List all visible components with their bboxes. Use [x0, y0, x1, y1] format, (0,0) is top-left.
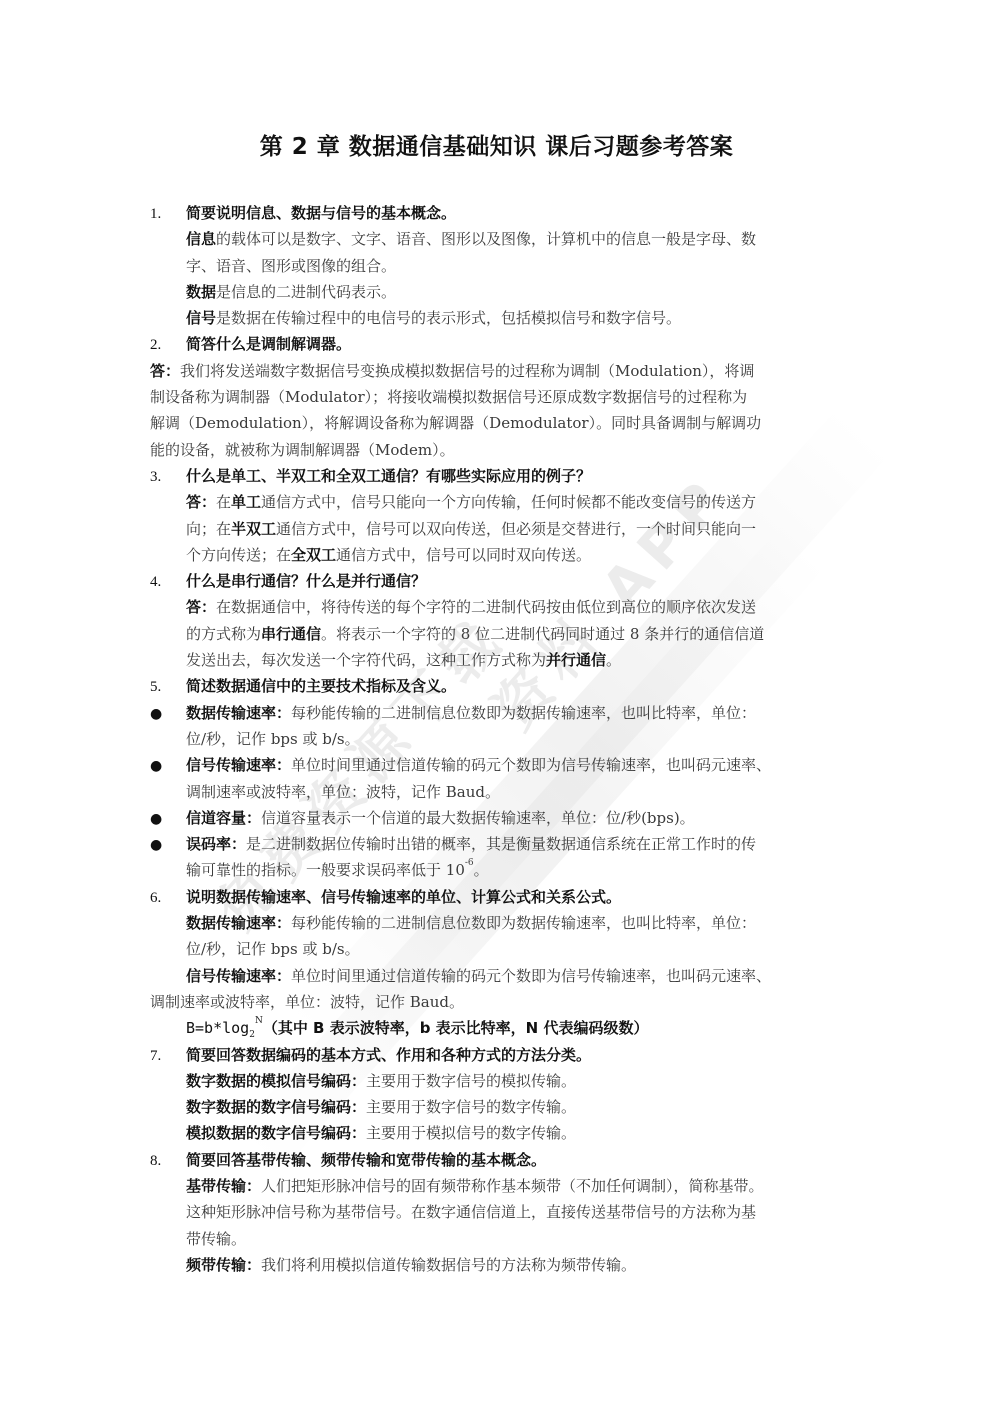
- answer-line: 信号传输速率：单位时间里通过信道传输的码元个数即为信号传输速率，也叫码元速率、: [150, 963, 844, 989]
- answer-line: 的方式称为串行通信。将表示一个字符的 8 位二进制代码同时通过 8 条并行的通信…: [150, 621, 844, 647]
- answer-line: 信号是数据在传输过程中的电信号的表示形式，包括模拟信号和数字信号。: [150, 305, 844, 331]
- question-2: 2.简答什么是调制解调器。: [150, 331, 844, 357]
- answer-line: 数据是信息的二进制代码表示。: [150, 279, 844, 305]
- bullet-continuation: 输可靠性的指标。一般要求误码率低于 10-6。: [150, 857, 844, 883]
- formula: B=b*log2N（其中 B 表示波特率，b 表示比特率，N 代表编码级数）: [150, 1015, 844, 1041]
- document-body: 1.简要说明信息、数据与信号的基本概念。 信息的载体可以是数字、文字、语音、图形…: [150, 200, 844, 1278]
- question-3: 3.什么是单工、半双工和全双工通信？有哪些实际应用的例子？: [150, 463, 844, 489]
- bullet-item: ●误码率：是二进制数据位传输时出错的概率，其是衡量数据通信系统在正常工作时的传: [150, 831, 844, 857]
- answer-line: 能的设备，就被称为调制解调器（Modem）。: [150, 437, 844, 463]
- answer-line: 这种矩形脉冲信号称为基带信号。在数字通信信道上，直接传送基带信号的方法称为基: [150, 1199, 844, 1225]
- answer-line: 答：我们将发送端数字数据信号变换成模拟数据信号的过程称为调制（Modulatio…: [150, 358, 844, 384]
- answer-line: 答：在单工通信方式中，信号只能向一个方向传输，任何时候都不能改变信号的传送方: [150, 489, 844, 515]
- answer-line: 字、语音、图形或图像的组合。: [150, 253, 844, 279]
- question-8: 8.简要回答基带传输、频带传输和宽带传输的基本概念。: [150, 1147, 844, 1173]
- answer-line: 位/秒，记作 bps 或 b/s。: [150, 936, 844, 962]
- question-4: 4.什么是串行通信？什么是并行通信？: [150, 568, 844, 594]
- answer-line: 数字数据的数字信号编码：主要用于数字信号的数字传输。: [150, 1094, 844, 1120]
- answer-line: 答：在数据通信中，将待传送的每个字符的二进制代码按由低位到高位的顺序依次发送: [150, 594, 844, 620]
- bullet-icon: ●: [150, 806, 186, 832]
- answer-line: 个方向传送；在全双工通信方式中，信号可以同时双向传送。: [150, 542, 844, 568]
- bullet-item: ●信道容量：信道容量表示一个信道的最大数据传输速率，单位：位/秒(bps)。: [150, 805, 844, 831]
- answer-line: 向；在半双工通信方式中，信号可以双向传送，但必须是交替进行，一个时间只能向一: [150, 516, 844, 542]
- bullet-continuation: 位/秒，记作 bps 或 b/s。: [150, 726, 844, 752]
- question-1: 1.简要说明信息、数据与信号的基本概念。: [150, 200, 844, 226]
- answer-line: 频带传输：我们将利用模拟信道传输数据信号的方法称为频带传输。: [150, 1252, 844, 1278]
- answer-line: 模拟数据的数字信号编码：主要用于模拟信号的数字传输。: [150, 1120, 844, 1146]
- page-title: 第 2 章 数据通信基础知识 课后习题参考答案: [0, 128, 993, 161]
- bullet-icon: ●: [150, 701, 186, 727]
- answer-line: 解调（Demodulation），将解调设备称为解调器（Demodulator）…: [150, 410, 844, 436]
- question-6: 6.说明数据传输速率、信号传输速率的单位、计算公式和关系公式。: [150, 884, 844, 910]
- answer-line: 制设备称为调制器（Modulator）；将接收端模拟数据信号还原成数字数据信号的…: [150, 384, 844, 410]
- answer-line: 基带传输：人们把矩形脉冲信号的固有频带称作基本频带（不加任何调制），简称基带。: [150, 1173, 844, 1199]
- bullet-icon: ●: [150, 832, 186, 858]
- answer-line: 带传输。: [150, 1226, 844, 1252]
- answer-line: 调制速率或波特率，单位：波特，记作 Baud。: [150, 989, 844, 1015]
- question-5: 5.简述数据通信中的主要技术指标及含义。: [150, 673, 844, 699]
- bullet-item: ●信号传输速率：单位时间里通过信道传输的码元个数即为信号传输速率，也叫码元速率、: [150, 752, 844, 778]
- answer-line: 信息的载体可以是数字、文字、语音、图形以及图像，计算机中的信息一般是字母、数: [150, 226, 844, 252]
- bullet-continuation: 调制速率或波特率，单位：波特，记作 Baud。: [150, 779, 844, 805]
- question-7: 7.简要回答数据编码的基本方式、作用和各种方式的方法分类。: [150, 1042, 844, 1068]
- answer-line: 数字数据的模拟信号编码：主要用于数字信号的模拟传输。: [150, 1068, 844, 1094]
- answer-line: 发送出去，每次发送一个字符代码，这种工作方式称为并行通信。: [150, 647, 844, 673]
- bullet-item: ●数据传输速率：每秒能传输的二进制信息位数即为数据传输速率，也叫比特率，单位：: [150, 700, 844, 726]
- answer-line: 数据传输速率：每秒能传输的二进制信息位数即为数据传输速率，也叫比特率，单位：: [150, 910, 844, 936]
- bullet-icon: ●: [150, 753, 186, 779]
